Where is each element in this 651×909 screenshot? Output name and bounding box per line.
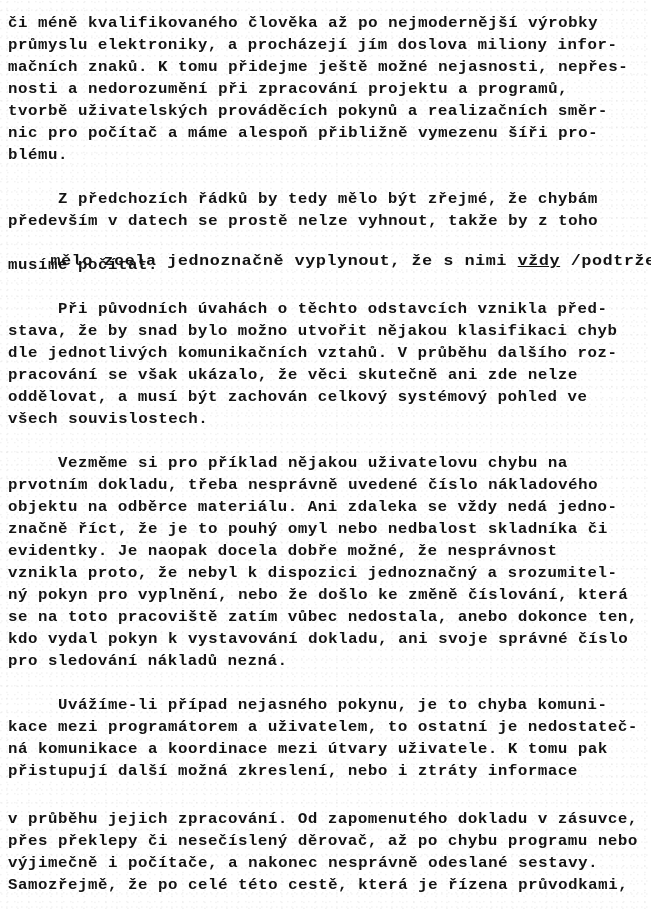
text-line: vznikla proto, že nebyl k dispozici jedn…	[8, 564, 618, 582]
text-line: Samozřejmě, že po celé této cestě, která…	[8, 876, 628, 894]
text-line: či méně kvalifikovaného člověka až po ne…	[8, 14, 598, 32]
text-line: mačních znaků. K tomu přidejme ještě mož…	[8, 58, 628, 76]
text-line: se na toto pracoviště zatím vůbec nedost…	[8, 608, 638, 626]
text-line: evidentky. Je naopak docela dobře možné,…	[8, 542, 557, 560]
text-line: oddělovat, a musí být zachován celkový s…	[8, 388, 588, 406]
text-line: všech souvislostech.	[8, 410, 208, 428]
text-line: průmyslu elektroniky, a procházejí jím d…	[8, 36, 618, 54]
paragraph-first-line: Z předchozích řádků by tedy mělo být zře…	[58, 190, 598, 208]
text-line: značně říct, že je to pouhý omyl nebo ne…	[8, 520, 608, 538]
text-line: nosti a nedorozumění při zpracování proj…	[8, 80, 568, 98]
text-line: přes překlepy či nesečíslený děrovač, až…	[8, 832, 638, 850]
text-line: ná komunikace a koordinace mezi útvary u…	[8, 740, 608, 758]
text-line: především v datech se prostě nelze vyhno…	[8, 212, 598, 230]
text-segment: /podtrženo!/	[560, 252, 651, 270]
text-line: objektu na odběrce materiálu. Ani zdalek…	[8, 498, 618, 516]
text-line: tvorbě uživatelských prováděcích pokynů …	[8, 102, 608, 120]
text-line: prvotním dokladu, třeba nesprávně uveden…	[8, 476, 598, 494]
text-line: pracování se však ukázalo, že věci skute…	[8, 366, 578, 384]
paragraph-first-line: Při původních úvahách o těchto odstavcíc…	[58, 300, 607, 318]
text-line: blému.	[8, 146, 68, 164]
paragraph-first-line: Vezměme si pro příklad nějakou uživatelo…	[58, 454, 568, 472]
scanned-typewritten-page: či méně kvalifikovaného člověka až po ne…	[0, 0, 651, 909]
text-line: nic pro počítač a máme alespoň přibližně…	[8, 124, 598, 142]
text-line: ný pokyn pro vyplnění, nebo že došlo ke …	[8, 586, 628, 604]
paragraph-first-line: Uvážíme-li případ nejasného pokynu, je t…	[58, 696, 607, 714]
text-line: stava, že by snad bylo možno utvořit něj…	[8, 322, 618, 340]
text-line: musíme počítat.	[8, 256, 158, 274]
text-line: v průběhu jejich zpracování. Od zapomenu…	[8, 810, 638, 828]
text-line: dle jednotlivých komunikačních vztahů. V…	[8, 344, 618, 362]
text-line: pro sledování nákladů nezná.	[8, 652, 288, 670]
text-line: kdo vydal pokyn k vystavování dokladu, a…	[8, 630, 628, 648]
text-line: přistupují další možná zkreslení, nebo i…	[8, 762, 578, 780]
text-line: kace mezi programátorem a uživatelem, to…	[8, 718, 638, 736]
text-line: výjimečně i počítače, a nakonec nesprávn…	[8, 854, 598, 872]
underlined-word: vždy	[518, 252, 560, 270]
